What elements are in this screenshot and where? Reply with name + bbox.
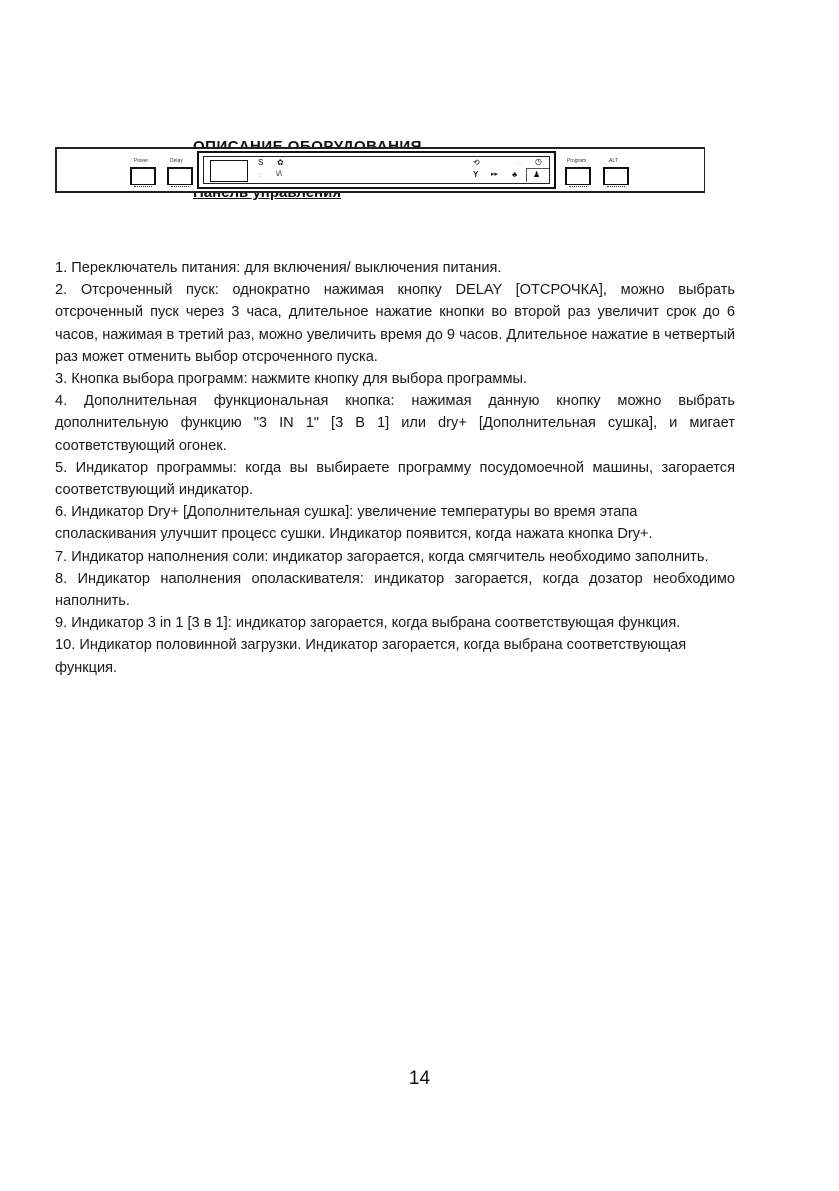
item-program-button: 3. Кнопка выбора программ: нажмите кнопк… [55, 368, 735, 390]
item-half-load-indicator: 10. Индикатор половинной загрузки. Индик… [55, 634, 735, 678]
item-program-indicator: 5. Индикатор программы: когда вы выбирае… [55, 457, 735, 501]
digital-display [210, 160, 248, 182]
item-function-button: 4. Дополнительная функциональная кнопка:… [55, 390, 735, 457]
rinse-aid-icon: ✿ [277, 158, 284, 168]
power-button-label: Power [134, 158, 148, 164]
alt-button [603, 167, 629, 185]
dry-plus-icon: \/\ [276, 170, 282, 180]
eco-program-icon: ♣ [512, 170, 517, 180]
item-rinse-aid-indicator: 8. Индикатор наполнения ополаскивателя: … [55, 568, 735, 612]
program-button [565, 167, 591, 185]
half-load-icon: :: [258, 171, 261, 181]
control-panel-diagram: Power Delay S ✿ :: \/\ ⟲ ◌◌ ◷ Y ▸▸ ♣ ♟ P… [55, 147, 705, 193]
alt-button-label: ALT [609, 158, 618, 164]
display-frame: S ✿ :: \/\ ⟲ ◌◌ ◷ Y ▸▸ ♣ ♟ [197, 151, 556, 189]
salt-icon: S [258, 158, 263, 168]
timer-icon: ⟲ [473, 158, 480, 168]
power-button [130, 167, 156, 185]
rapid-program-icon: ▸▸ [491, 170, 498, 180]
item-power-switch: 1. Переключатель питания: для включения/… [55, 257, 735, 279]
display-inner-frame: S ✿ :: \/\ ⟲ ◌◌ ◷ Y ▸▸ ♣ ♟ [203, 156, 550, 184]
item-delay-start: 2. Отсроченный пуск: однократно нажимая … [55, 279, 735, 368]
delay-button-label: Delay [170, 158, 183, 164]
page-number: 14 [0, 1068, 839, 1090]
program-button-label: Program [567, 158, 586, 164]
clock-icon: ◷ [535, 157, 542, 167]
item-salt-indicator: 7. Индикатор наполнения соли: индикатор … [55, 546, 735, 568]
three-in-one-icon: ◌◌ [515, 159, 522, 169]
item-dry-plus-indicator: 6. Индикатор Dry+ [Дополнительная сушка]… [55, 501, 735, 545]
glass-program-icon: Y [473, 170, 478, 180]
heavy-program-icon: ♟ [533, 170, 540, 180]
delay-button [167, 167, 193, 185]
item-three-in-one-indicator: 9. Индикатор 3 in 1 [3 в 1]: индикатор з… [55, 612, 735, 634]
description-list: 1. Переключатель питания: для включения/… [55, 257, 735, 679]
